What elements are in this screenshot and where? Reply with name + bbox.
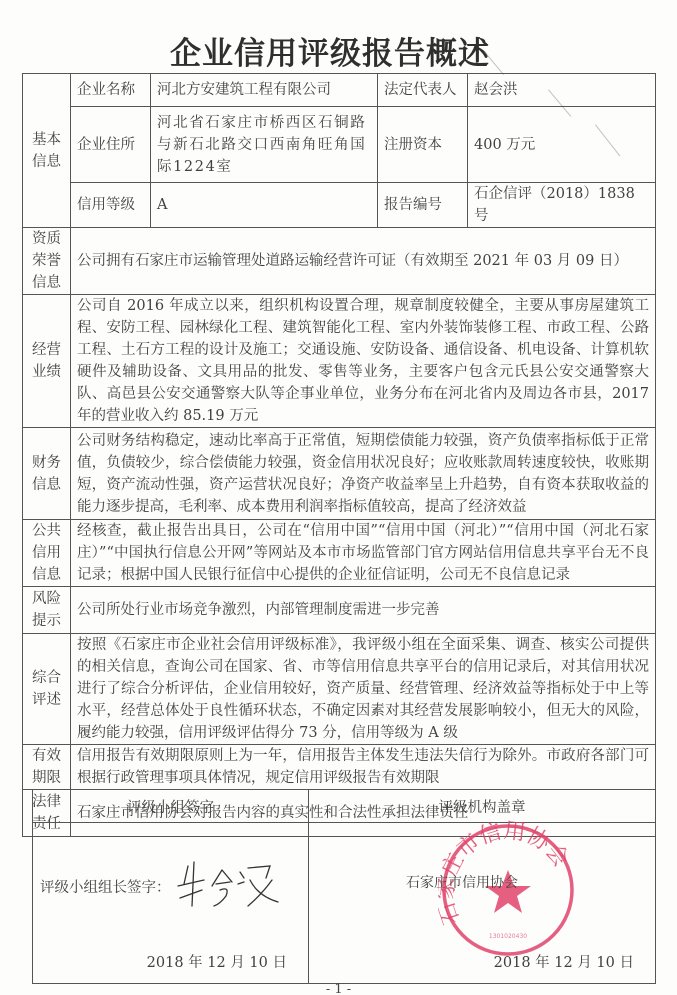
public-credit-content: 经核查，截止报告出具日，公司在“信用中国”“信用中国（河北）”“信用中国（河北石… bbox=[71, 520, 656, 587]
overall-content: 按照《石家庄市企业社会信用评级标准》，我评级小组在全面采集、调查、核实公司提供的… bbox=[71, 634, 656, 745]
section-label-basic-info: 基本信息 bbox=[23, 74, 71, 228]
report-number: 石企信评（2018）1838 号 bbox=[468, 183, 656, 228]
agency-stamp-cell: 石家庄市信用协会 1301020430 石家庄市信用协会 2018 年 12 月… bbox=[309, 823, 656, 984]
validity-content: 信用报告有效期限原则上为一年，信用报告主体发生违法失信行为除外。市政府各部门可根… bbox=[71, 745, 656, 790]
registered-capital-label: 注册资本 bbox=[378, 107, 468, 183]
section-label-business: 经营业绩 bbox=[23, 295, 71, 428]
report-table: 基本信息 企业名称 河北方安建筑工程有限公司 法定代表人 赵会洪 企业住所 河北… bbox=[22, 73, 656, 837]
legal-rep-label: 法定代表人 bbox=[378, 74, 468, 107]
section-label-finance: 财务信息 bbox=[23, 428, 71, 520]
document-title: 企业信用评级报告概述 bbox=[0, 28, 660, 73]
registered-capital: 400 万元 bbox=[468, 107, 656, 183]
report-no-label: 报告编号 bbox=[378, 183, 468, 228]
company-name: 河北方安建筑工程有限公司 bbox=[151, 74, 378, 107]
company-name-label: 企业名称 bbox=[71, 74, 151, 107]
section-label-risk: 风险提示 bbox=[23, 587, 71, 634]
team-signature-cell: 评级小组组长签字： 2018 年 12 月 10 日 bbox=[33, 823, 309, 984]
section-label-overall: 综合评述 bbox=[23, 634, 71, 745]
company-address: 河北省石家庄市桥西区石铜路与新石北路交口西南角旺角国际1224室 bbox=[151, 107, 378, 183]
svg-text:1301020430: 1301020430 bbox=[489, 933, 527, 940]
page-number: - 1 - bbox=[0, 982, 677, 995]
agency-stamp-date: 2018 年 12 月 10 日 bbox=[494, 951, 634, 972]
agency-name: 石家庄市信用协会 bbox=[406, 872, 518, 892]
handwritten-signature-icon bbox=[174, 856, 284, 911]
finance-content: 公司财务结构稳定，速动比率高于正常值，短期偿债能力较强，资产负债率指标低于正常值… bbox=[71, 428, 656, 520]
team-signature-header: 评级小组签字 bbox=[33, 790, 309, 823]
agency-stamp-header: 评级机构盖章 bbox=[309, 790, 656, 823]
signature-table: 评级小组签字 评级机构盖章 评级小组组长签字： 2018 年 12 月 10 日 bbox=[32, 789, 656, 984]
qualification-content: 公司拥有石家庄市运输管理处道路运输经营许可证（有效期至 2021 年 03 月 … bbox=[71, 228, 656, 295]
risk-content: 公司所处行业市场竞争激烈，内部管理制度需进一步完善 bbox=[71, 587, 656, 634]
business-content: 公司自 2016 年成立以来，组织机构设置合理，规章制度较健全，主要从事房屋建筑… bbox=[71, 295, 656, 428]
team-signature-date: 2018 年 12 月 10 日 bbox=[147, 951, 287, 972]
leader-signature-label: 评级小组组长签字： bbox=[40, 876, 171, 897]
section-label-qualification: 资质荣誉信息 bbox=[23, 228, 71, 295]
credit-grade-label: 信用等级 bbox=[71, 183, 151, 228]
legal-rep: 赵会洪 bbox=[468, 74, 656, 107]
address-label: 企业住所 bbox=[71, 107, 151, 183]
credit-grade: A bbox=[151, 183, 378, 228]
section-label-public-credit: 公共信用信息 bbox=[23, 520, 71, 587]
section-label-validity: 有效期限 bbox=[23, 745, 71, 790]
